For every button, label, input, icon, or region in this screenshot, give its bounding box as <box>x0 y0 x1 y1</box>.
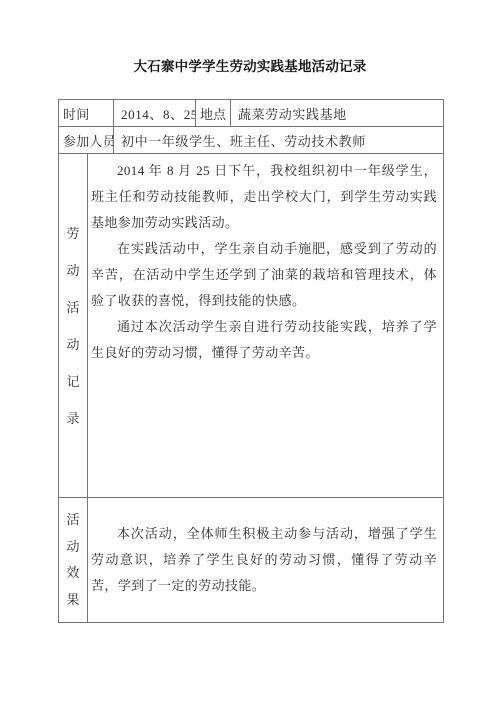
activity-record-paragraph: 2014 年 8 月 25 日下午，我校组织初中一年级学生，班主任和劳动技能教师… <box>91 158 437 236</box>
activity-effect-paragraph: 本次活动，全体师生积极主动参与活动，增强了学生劳动意识，培养了学生良好的劳动习惯… <box>91 521 437 599</box>
participants-value: 初中一年级学生、班主任、劳动技术教师 <box>114 127 444 154</box>
activity-record-content: 2014 年 8 月 25 日下午，我校组织初中一年级学生，班主任和劳动技能教师… <box>88 154 444 498</box>
page-title: 大石寨中学学生劳动实践基地活动记录 <box>0 56 500 78</box>
activity-record-label: 劳动活动记录 <box>59 154 88 498</box>
time-label: 时间 <box>59 100 114 127</box>
table-row-activity-record: 劳动活动记录 2014 年 8 月 25 日下午，我校组织初中一年级学生，班主任… <box>59 154 444 498</box>
place-label: 地点 <box>196 100 231 127</box>
activity-effect-content: 本次活动，全体师生积极主动参与活动，增强了学生劳动意识，培养了学生良好的劳动习惯… <box>88 498 444 623</box>
table-row-time-place: 时间 2014、8、25 地点 蔬菜劳动实践基地 <box>59 100 444 127</box>
activity-record-paragraph: 在实践活动中，学生亲自动手施肥，感受到了劳动的辛苦，在活动中学生还学到了油菜的栽… <box>91 236 437 314</box>
table-row-participants: 参加人员 初中一年级学生、班主任、劳动技术教师 <box>59 127 444 154</box>
activity-record-table: 时间 2014、8、25 地点 蔬菜劳动实践基地 参加人员 初中一年级学生、班主… <box>58 99 444 623</box>
participants-label: 参加人员 <box>59 127 114 154</box>
time-value: 2014、8、25 <box>114 100 196 127</box>
place-value: 蔬菜劳动实践基地 <box>231 100 444 127</box>
activity-record-paragraph: 通过本次活动学生亲自进行劳动技能实践，培养了学生良好的劳动习惯，懂得了劳动辛苦。 <box>91 314 437 366</box>
activity-effect-label: 活动效果 <box>59 498 88 623</box>
document-page: 大石寨中学学生劳动实践基地活动记录 时间 2014、8、25 地点 蔬菜劳动实践… <box>0 0 500 707</box>
table-row-activity-effect: 活动效果 本次活动，全体师生积极主动参与活动，增强了学生劳动意识，培养了学生良好… <box>59 498 444 623</box>
